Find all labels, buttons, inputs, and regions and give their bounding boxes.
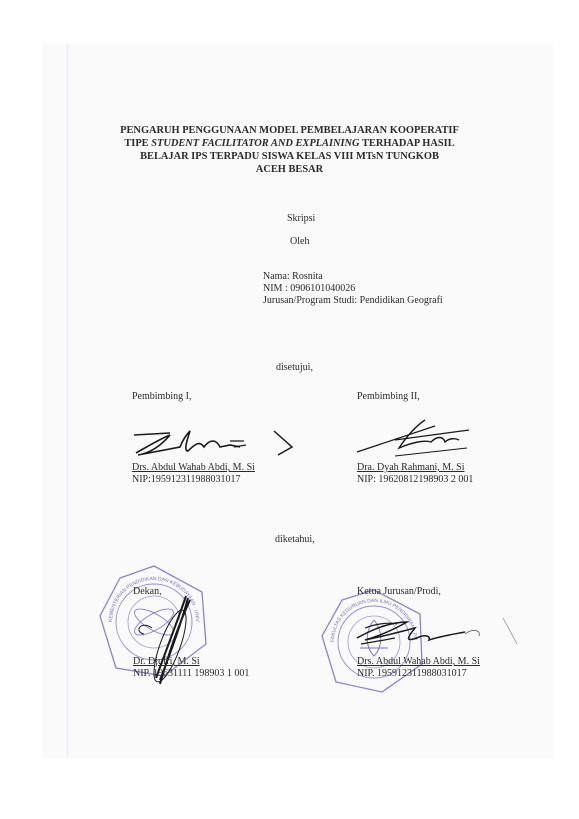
- title-line-2-italic: STUDENT FACILITATOR AND EXPLAINING: [151, 138, 359, 149]
- advisor-2-name: Dra. Dyah Rahmani, M. Si: [357, 462, 465, 474]
- advisor-1-signature: [130, 425, 310, 465]
- head-of-department-signature: [355, 614, 525, 654]
- head-of-department-name: Drs. Abdul Wahab Abdi, M. Si: [357, 656, 480, 668]
- title-line-2-prefix: TIPE: [124, 138, 151, 149]
- head-of-department-role: Ketua Jurusan/Prodi,: [357, 586, 441, 598]
- advisor-1-name: Drs. Abdul Wahab Abdi, M. Si: [132, 462, 255, 474]
- advisor-2-signature: [355, 418, 485, 460]
- approval-heading: disetujui,: [276, 362, 313, 374]
- author-program: Jurusan/Program Studi: Pendidikan Geogra…: [263, 295, 443, 307]
- title-line-2-suffix: TERHADAP HASIL: [360, 138, 455, 149]
- document-title: PENGARUH PENGGUNAAN MODEL PEMBELAJARAN K…: [0, 124, 579, 176]
- title-line-3: BELAJAR IPS TERPADU SISWA KELAS VIII MTs…: [0, 150, 579, 163]
- author-name: Nama: Rosnita: [263, 271, 323, 283]
- title-line-4: ACEH BESAR: [0, 163, 579, 176]
- advisor-2-nip: NIP: 19620812198903 2 001: [357, 474, 473, 486]
- head-of-department-nip: NIP. 195912311988031017: [357, 668, 467, 680]
- advisor-2-role: Pembimbing II,: [357, 391, 420, 403]
- document-type: Skripsi: [287, 213, 315, 225]
- title-line-2: TIPE STUDENT FACILITATOR AND EXPLAINING …: [0, 137, 579, 150]
- advisor-1-nip: NIP:195912311988031017: [132, 474, 241, 486]
- title-line-1: PENGARUH PENGGUNAAN MODEL PEMBELAJARAN K…: [0, 124, 579, 137]
- acknowledged-heading: diketahui,: [275, 534, 315, 546]
- dean-role: Dekan,: [133, 586, 162, 598]
- dean-name: Dr. Djufri, M. Si: [133, 656, 200, 668]
- author-nim: NIM : 0906101040026: [263, 283, 355, 295]
- dean-nip: NIP. 19631111 198903 1 001: [133, 668, 249, 680]
- advisor-1-role: Pembimbing I,: [132, 391, 191, 403]
- by-label: Oleh: [290, 236, 309, 248]
